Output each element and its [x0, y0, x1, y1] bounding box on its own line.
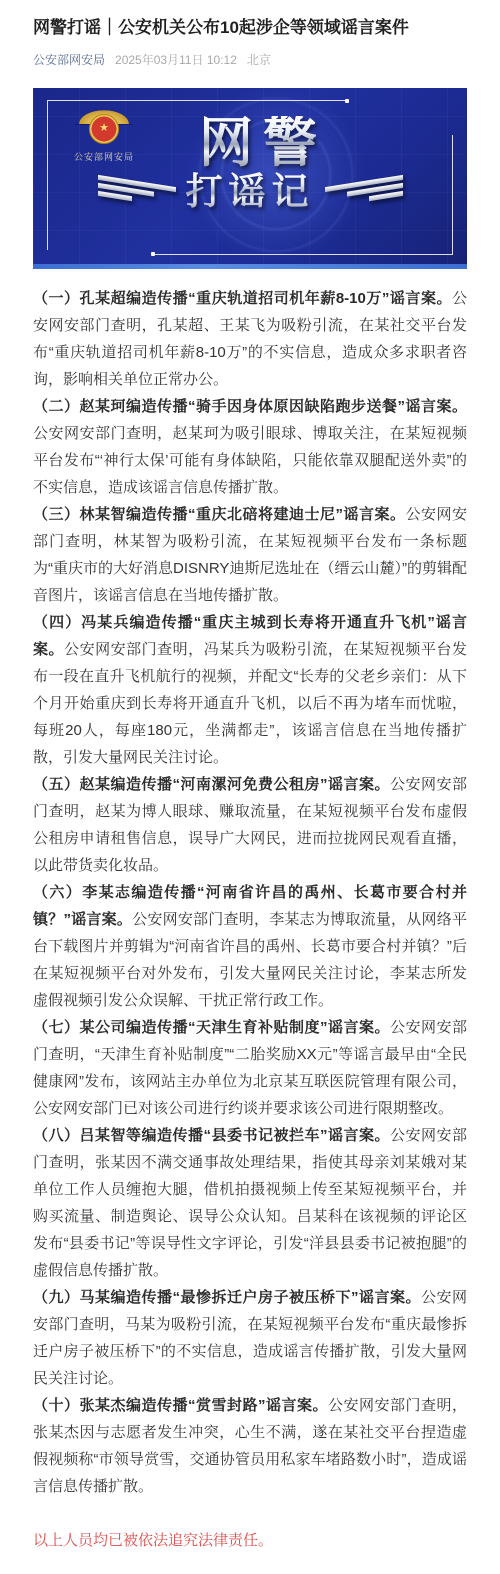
case-lead: （三）林某智编造传播“重庆北碚将建迪士尼”谣言案。	[33, 506, 405, 523]
case-paragraph: （十）张某杰编造传播“赏雪封路”谣言案。公安网安部门查明，张某杰因与志愿者发生冲…	[33, 1392, 467, 1500]
banner-title-line2: 打谣记	[186, 172, 315, 213]
case-paragraph: （一）孔某超编造传播“重庆轨道招司机年薪8-10万”谣言案。公安网安部门查明，孔…	[33, 285, 467, 393]
case-paragraph: （七）某公司编造传播“天津生育补贴制度”谣言案。公安网安部门查明，“天津生育补贴…	[33, 1014, 467, 1122]
banner-title: 网警 打谣记	[33, 116, 467, 213]
case-lead: （八）吕某智等编造传播“县委书记被拦车”谣言案。	[33, 1127, 390, 1144]
wing-right-icon	[325, 175, 403, 208]
wing-left-icon	[98, 175, 176, 208]
legal-notice: 以上人员均已被依法追究法律责任。	[33, 1527, 467, 1554]
account-name-link[interactable]: 公安部网安局	[33, 51, 105, 68]
article-page: 网警打谣｜公安机关公布10起涉企等领域谣言案件 公安部网安局 2025年03月1…	[0, 0, 500, 1574]
case-paragraph: （四）冯某兵编造传播“重庆主城到长寿将开通直升飞机”谣言案。公安网安部门查明，冯…	[33, 609, 467, 771]
case-body: 公安网安部门查明，冯某兵为吸粉引流，在某短视频平台发布一段在直升飞机航行的视频，…	[33, 641, 467, 766]
case-list: （一）孔某超编造传播“重庆轨道招司机年薪8-10万”谣言案。公安网安部门查明，孔…	[33, 285, 467, 1500]
case-paragraph: （八）吕某智等编造传播“县委书记被拦车”谣言案。公安网安部门查明，张某因不满交通…	[33, 1122, 467, 1284]
case-lead: （九）马某编造传播“最惨拆迁户房子被压桥下”谣言案。	[33, 1289, 421, 1306]
case-lead: （十）张某杰编造传播“赏雪封路”谣言案。	[33, 1397, 328, 1414]
case-lead: （一）孔某超编造传播“重庆轨道招司机年薪8-10万”谣言案。	[33, 290, 452, 307]
case-body: 公安网安部门查明，张某因不满交通事故处理结果，指使其母亲刘某娥对某单位工作人员缠…	[33, 1127, 467, 1279]
page-title: 网警打谣｜公安机关公布10起涉企等领域谣言案件	[33, 16, 467, 41]
case-lead: （七）某公司编造传播“天津生育补贴制度”谣言案。	[33, 1019, 390, 1036]
case-paragraph: （五）赵某编造传播“河南漯河免费公租房”谣言案。公安网安部门查明，赵某为博人眼球…	[33, 771, 467, 879]
banner-image: ★ 公安部网安局 网警 打谣记	[33, 88, 467, 269]
byline: 公安部网安局 2025年03月11日 10:12 北京	[33, 51, 467, 68]
case-lead: （五）赵某编造传播“河南漯河免费公租房”谣言案。	[33, 776, 390, 793]
publish-date: 2025年03月11日 10:12	[115, 51, 237, 68]
case-paragraph: （九）马某编造传播“最惨拆迁户房子被压桥下”谣言案。公安网安部门查明，马某为吸粉…	[33, 1284, 467, 1392]
case-body: 公安网安部门查明，赵某珂为吸引眼球、博取关注，在某短视频平台发布“‘神行太保’可…	[33, 425, 467, 496]
publish-location: 北京	[247, 51, 271, 68]
banner-title-line1: 网警	[199, 116, 327, 170]
case-paragraph: （六）李某志编造传播“河南省许昌的禹州、长葛市要合村并镇？”谣言案。公安网安部门…	[33, 879, 467, 1014]
case-paragraph: （二）赵某珂编造传播“骑手因身体原因缺陷跑步送餐”谣言案。公安网安部门查明，赵某…	[33, 393, 467, 501]
case-paragraph: （三）林某智编造传播“重庆北碚将建迪士尼”谣言案。公安网安部门查明，林某智为吸粉…	[33, 501, 467, 609]
case-lead: （二）赵某珂编造传播“骑手因身体原因缺陷跑步送餐”谣言案。	[33, 398, 467, 415]
banner-bottom-strip	[33, 264, 467, 269]
